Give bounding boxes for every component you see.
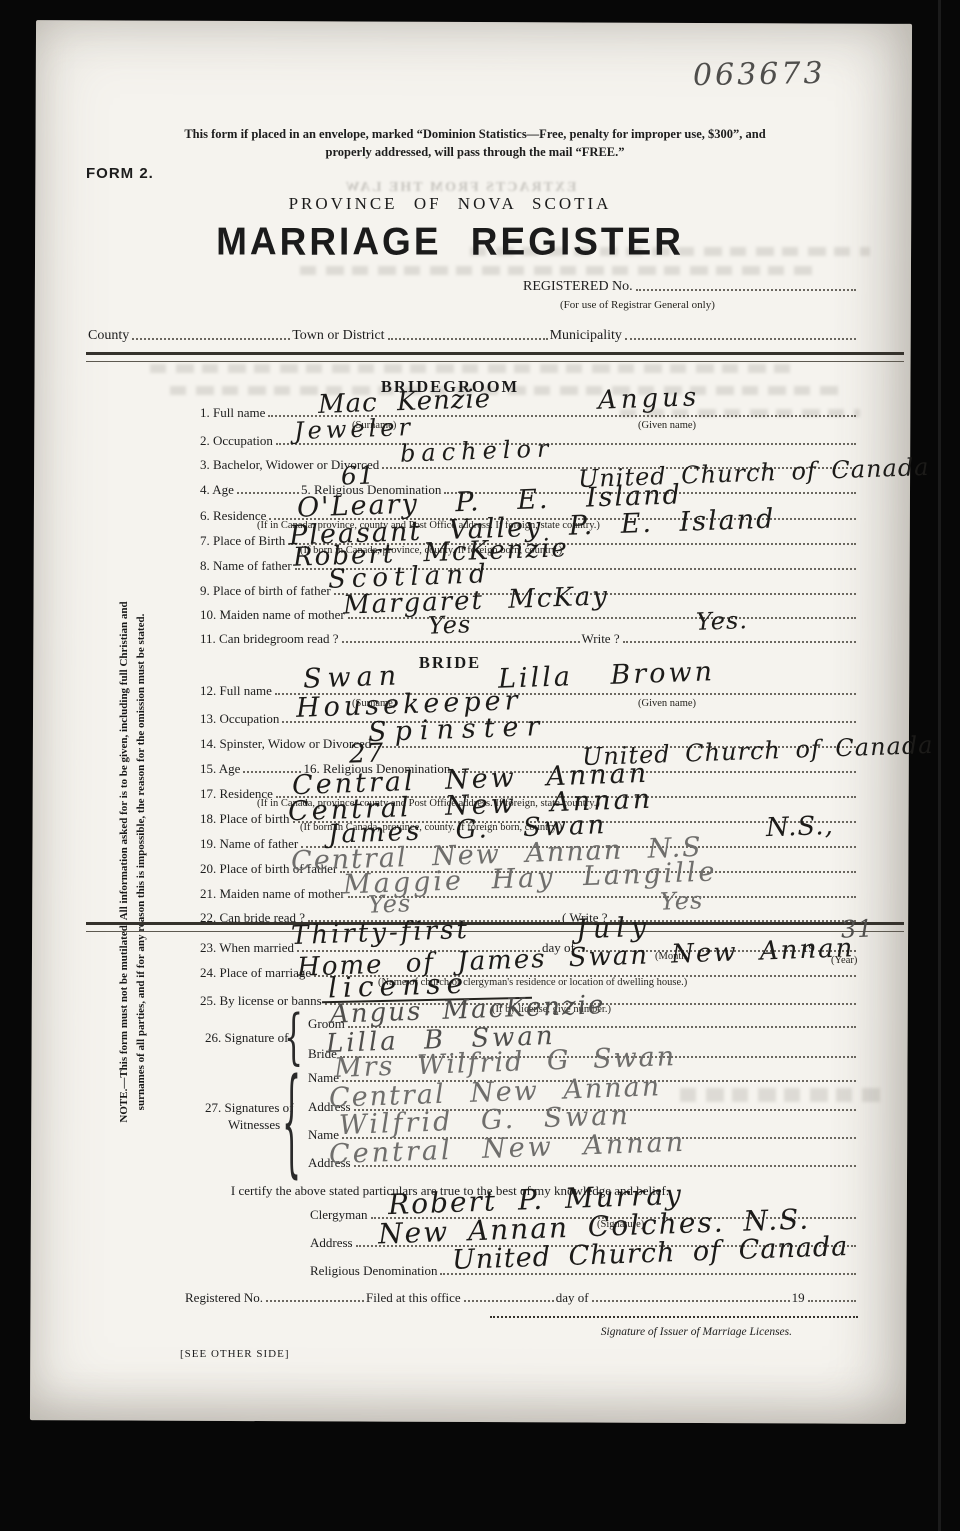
filed-label: Filed at this office	[366, 1290, 461, 1305]
address-label: Address	[310, 1235, 353, 1250]
brace-27: {	[282, 1068, 301, 1185]
bridegroom-occupation-handwritten: Jeweler	[294, 415, 415, 443]
envelope-notice-line2: properly addressed, will pass through th…	[90, 145, 860, 160]
when-married-handwritten: Thirty-first	[291, 917, 471, 949]
county-label: County	[88, 328, 129, 343]
registered-no-label: REGISTERED No.	[523, 279, 633, 294]
bridegroom-can-write-handwritten: Yes.	[696, 608, 749, 634]
town-district-label: Town or District	[292, 328, 384, 343]
dotted-leader	[276, 443, 856, 445]
bride-father-province-handwritten: N.S.,	[766, 813, 835, 841]
bleed-through-smudge	[300, 266, 820, 275]
can-write-label: Write ?	[582, 631, 620, 646]
full-name-label: 1. Full name	[200, 405, 265, 420]
registrar-filing-row: Registered No. Filed at this office day …	[185, 1288, 858, 1305]
birthplace-label: 7. Place of Birth	[200, 533, 285, 548]
place-of-marriage-label: 24. Place of marriage	[200, 965, 311, 980]
issuer-signature-caption: Signature of Issuer of Marriage Licenses…	[460, 1326, 792, 1338]
bridegroom-can-read-handwritten: Yes	[428, 612, 472, 637]
bride-section-title: BRIDE	[25, 653, 875, 673]
margin-note-line1: NOTE.—This form must not be mutilated. A…	[116, 535, 133, 1190]
occupation-label: 2. Occupation	[200, 433, 273, 448]
envelope-notice-line1: This form if placed in an envelope, mark…	[90, 127, 860, 142]
section-divider-rule	[86, 922, 904, 932]
county-row: County Town or District Municipality	[88, 326, 858, 343]
witnesses-label-line2: Witnesses	[228, 1117, 280, 1133]
father-label: 8. Name of father	[200, 558, 292, 573]
dotted-leader	[388, 338, 548, 340]
serial-number-handwritten: 063673	[693, 59, 826, 91]
birthplace-label: 18. Place of birth	[200, 811, 290, 826]
dotted-leader	[623, 641, 856, 643]
bride-age-handwritten: 27	[349, 740, 385, 767]
mother-label: 21. Maiden name of mother	[200, 886, 345, 901]
father-birthplace-label: 9. Place of birth of father	[200, 583, 331, 598]
scanned-marriage-register-page: EXTRACTS FROM THE LAW 063673 This form i…	[0, 0, 960, 1531]
dotted-leader	[464, 1300, 554, 1302]
field-row-can-read: 11. Can bridegroom read ? Write ?	[200, 629, 858, 646]
mother-label: 10. Maiden name of mother	[200, 607, 345, 622]
given-name-hint: (Given name)	[638, 698, 696, 709]
year-prefix-label: 19	[792, 1290, 805, 1305]
dotted-leader	[592, 1300, 790, 1302]
age-label: 15. Age	[200, 761, 240, 776]
bride-can-read-handwritten: Yes	[368, 891, 412, 916]
section-divider-rule	[86, 352, 904, 362]
month-handwritten: July	[576, 914, 653, 944]
witnesses-label-line1: 27. Signatures of	[205, 1100, 293, 1116]
father-label: 19. Name of father	[200, 836, 298, 851]
when-married-label: 23. When married	[200, 940, 294, 955]
day-of-label: day of	[556, 1290, 589, 1305]
registrar-hint: (For use of Registrar General only)	[560, 299, 715, 311]
form-number-label: FORM 2.	[86, 165, 154, 182]
dotted-leader	[636, 289, 856, 291]
see-other-side-label: [SEE OTHER SIDE]	[180, 1348, 290, 1360]
margin-note: NOTE.—This form must not be mutilated. A…	[116, 535, 150, 1190]
registered-no-row: REGISTERED No.	[523, 277, 858, 294]
bridegroom-age-handwritten: 61	[341, 462, 376, 488]
age-label: 4. Age	[200, 482, 234, 497]
full-name-label: 12. Full name	[200, 683, 272, 698]
bridegroom-status-handwritten: bachelor	[400, 436, 555, 465]
clergyman-label: Clergyman	[310, 1207, 368, 1222]
bride-can-write-handwritten: Yes	[660, 888, 704, 913]
can-read-label: 11. Can bridegroom read ?	[200, 631, 339, 646]
occupation-label: 13. Occupation	[200, 711, 279, 726]
dotted-leader	[237, 492, 299, 494]
province-title: PROVINCE OF NOVA SCOTIA	[25, 194, 875, 214]
bleed-through-smudge	[150, 364, 790, 373]
municipality-label: Municipality	[550, 328, 622, 343]
license-label: 25. By license or banns	[200, 993, 322, 1008]
registered-no-label: Registered No.	[185, 1290, 263, 1305]
margin-note-line2: surnames of all parties, and if for any …	[133, 535, 150, 1190]
dotted-leader	[808, 1300, 856, 1302]
bridegroom-given-name-handwritten: Angus	[598, 384, 701, 414]
dotted-leader	[266, 1300, 364, 1302]
dotted-leader	[342, 641, 580, 643]
status-label: 14. Spinster, Widow or Divorced	[200, 736, 371, 751]
bride-given-name-handwritten: Lilla Brown	[498, 658, 716, 693]
given-name-hint: (Given name)	[638, 420, 696, 431]
religious-denomination-label: Religious Denomination	[310, 1263, 437, 1278]
bride-status-handwritten: Spinster	[368, 713, 548, 746]
page-title: MARRIAGE REGISTER	[25, 220, 875, 264]
dotted-leader	[132, 338, 290, 340]
dotted-leader	[625, 338, 856, 340]
bride-surname-handwritten: Swan	[303, 662, 403, 692]
signature-of-label: 26. Signature of	[205, 1030, 288, 1046]
issuer-signature-line	[490, 1316, 858, 1318]
